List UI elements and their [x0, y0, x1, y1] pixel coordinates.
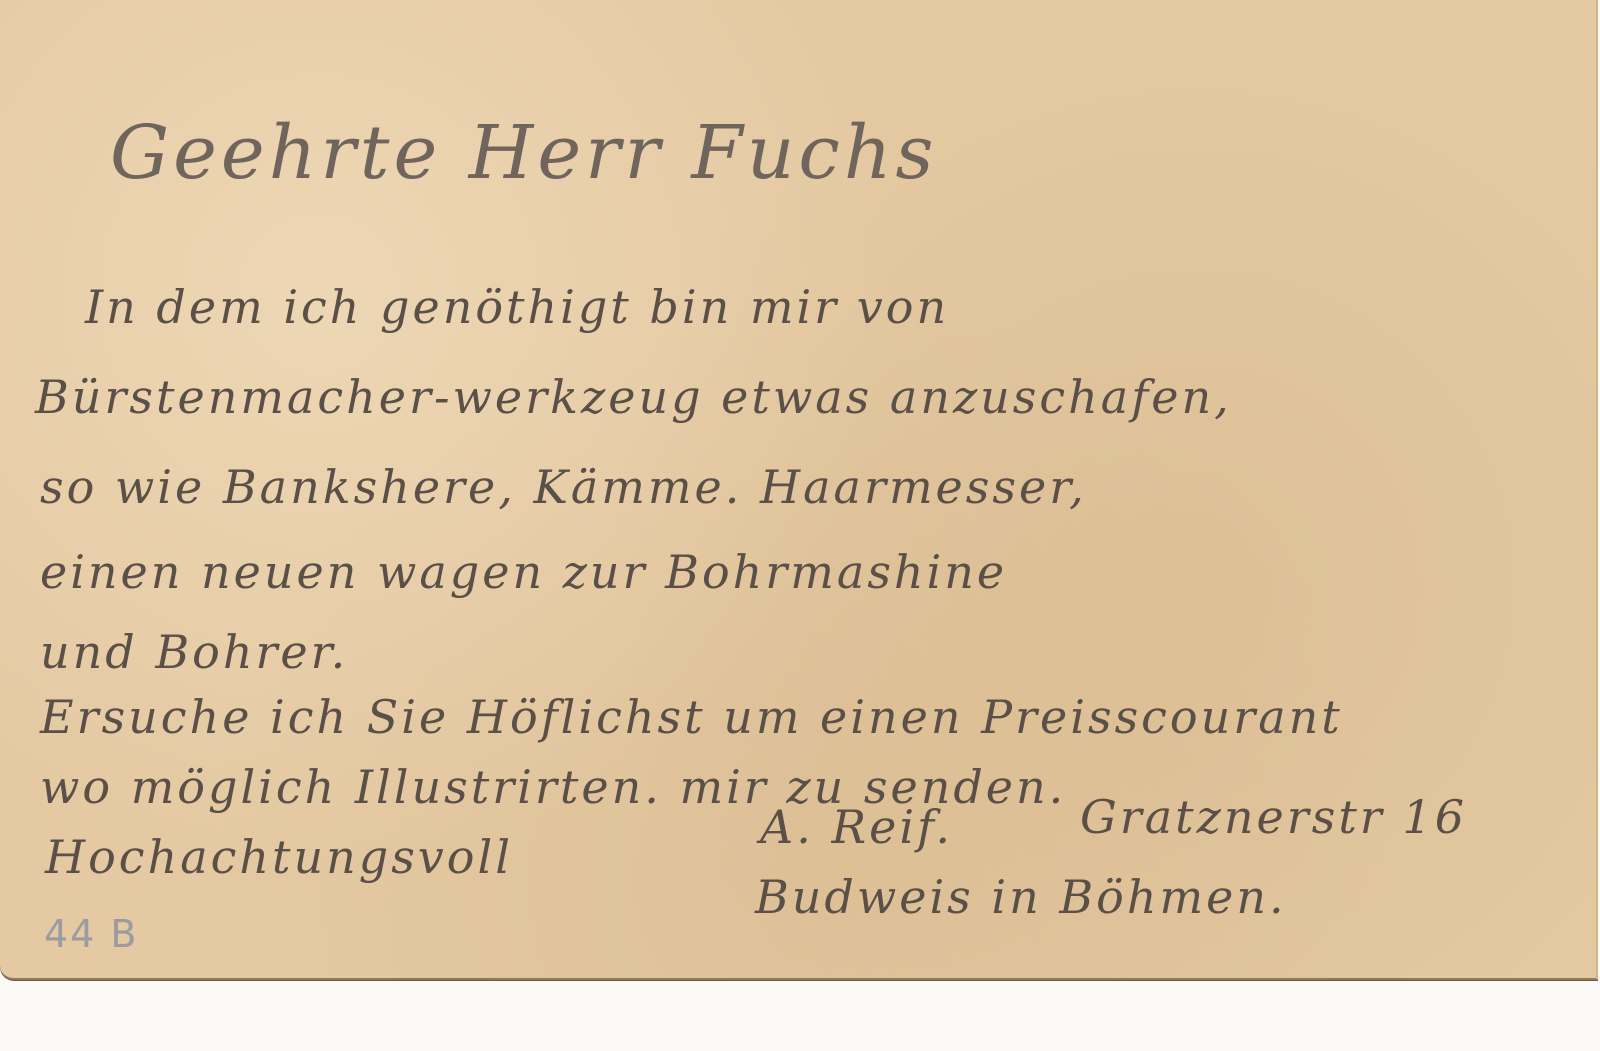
letter-line-5: und Bohrer. — [40, 625, 348, 679]
letter-line-1: In dem ich genöthigt bin mir von — [85, 280, 949, 334]
address-street: Gratznerstr 16 — [1080, 790, 1467, 844]
postcard: Geehrte Herr Fuchs In dem ich genöthigt … — [0, 0, 1598, 980]
address-city: Budweis in Böhmen. — [755, 870, 1287, 924]
letter-line-6: Ersuche ich Sie Höflichst um einen Preis… — [40, 690, 1343, 744]
letter-line-3: so wie Bankshere, Kämme. Haarmesser, — [40, 460, 1087, 514]
archive-mark: 44 B — [44, 912, 139, 956]
letter-line-2: Bürstenmacher-werkzeug etwas anzuschafen… — [35, 370, 1232, 424]
greeting: Geehrte Herr Fuchs — [110, 110, 937, 196]
letter-line-4: einen neuen wagen zur Bohrmashine — [40, 545, 1007, 599]
closing: Hochachtungsvoll — [45, 830, 513, 884]
signature: A. Reif. — [760, 800, 953, 854]
